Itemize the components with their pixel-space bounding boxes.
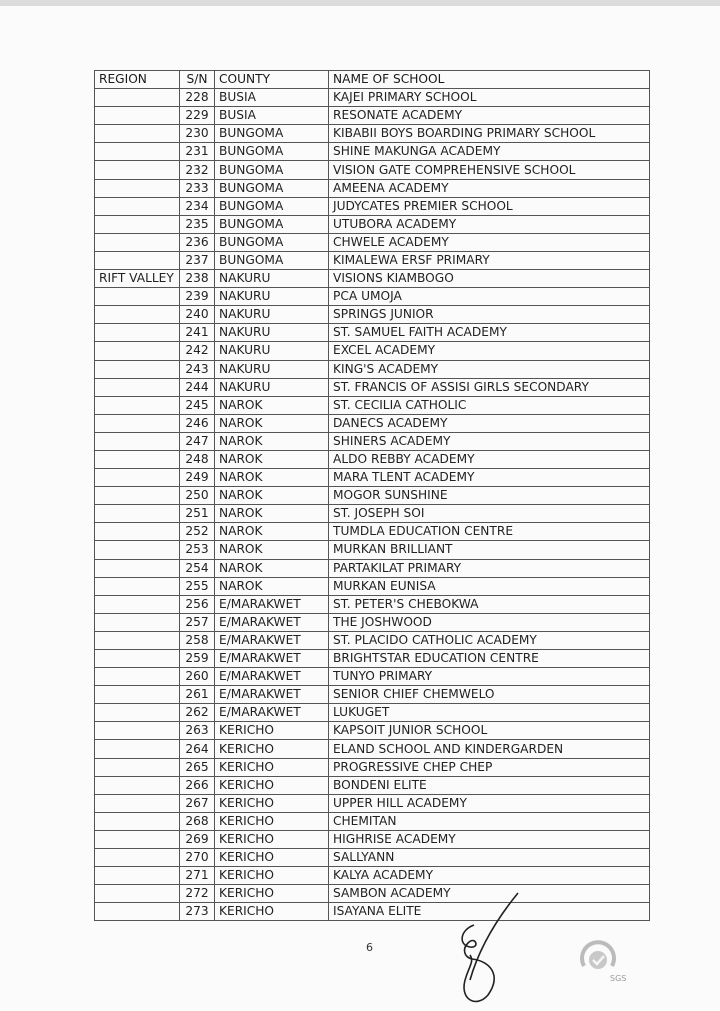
county-cell: E/MARAKWET xyxy=(215,704,329,722)
sn-cell: 254 xyxy=(180,559,215,577)
table-row: 267KERICHOUPPER HILL ACADEMY xyxy=(95,794,650,812)
table-row: 265KERICHOPROGRESSIVE CHEP CHEP xyxy=(95,758,650,776)
sn-cell: 238 xyxy=(180,270,215,288)
table-row: 241NAKURUST. SAMUEL FAITH ACADEMY xyxy=(95,324,650,342)
school-name-cell: KAJEI PRIMARY SCHOOL xyxy=(329,89,650,107)
region-cell xyxy=(95,487,180,505)
sn-cell: 249 xyxy=(180,469,215,487)
county-cell: NAROK xyxy=(215,396,329,414)
school-name-cell: SHINERS ACADEMY xyxy=(329,432,650,450)
sn-cell: 268 xyxy=(180,812,215,830)
school-name-cell: UPPER HILL ACADEMY xyxy=(329,794,650,812)
county-cell: KERICHO xyxy=(215,740,329,758)
region-cell xyxy=(95,523,180,541)
county-cell: KERICHO xyxy=(215,794,329,812)
region-cell xyxy=(95,794,180,812)
county-cell: KERICHO xyxy=(215,867,329,885)
region-cell xyxy=(95,125,180,143)
sn-cell: 247 xyxy=(180,432,215,450)
region-cell xyxy=(95,704,180,722)
region-cell xyxy=(95,812,180,830)
county-cell: BUNGOMA xyxy=(215,179,329,197)
school-name-cell: SHINE MAKUNGA ACADEMY xyxy=(329,143,650,161)
school-name-cell: TUNYO PRIMARY xyxy=(329,668,650,686)
region-cell xyxy=(95,324,180,342)
county-cell: NAROK xyxy=(215,414,329,432)
school-name-cell: ST. JOSEPH SOI xyxy=(329,505,650,523)
sn-cell: 260 xyxy=(180,668,215,686)
table-row: 262E/MARAKWETLUKUGET xyxy=(95,704,650,722)
header-sn: S/N xyxy=(180,71,215,89)
table-row: 229BUSIARESONATE ACADEMY xyxy=(95,107,650,125)
sn-cell: 259 xyxy=(180,650,215,668)
school-name-cell: ST. SAMUEL FAITH ACADEMY xyxy=(329,324,650,342)
county-cell: E/MARAKWET xyxy=(215,595,329,613)
county-cell: NAROK xyxy=(215,469,329,487)
county-cell: BUNGOMA xyxy=(215,251,329,269)
region-cell xyxy=(95,722,180,740)
sn-cell: 246 xyxy=(180,414,215,432)
region-cell xyxy=(95,613,180,631)
sn-cell: 273 xyxy=(180,903,215,921)
county-cell: BUNGOMA xyxy=(215,125,329,143)
sn-cell: 257 xyxy=(180,613,215,631)
region-cell xyxy=(95,668,180,686)
table-row: 250NAROKMOGOR SUNSHINE xyxy=(95,487,650,505)
school-name-cell: ST. CECILIA CATHOLIC xyxy=(329,396,650,414)
school-name-cell: BONDENI ELITE xyxy=(329,776,650,794)
school-name-cell: PROGRESSIVE CHEP CHEP xyxy=(329,758,650,776)
region-cell xyxy=(95,251,180,269)
school-name-cell: TUMDLA EDUCATION CENTRE xyxy=(329,523,650,541)
region-cell xyxy=(95,288,180,306)
table-row: 266KERICHOBONDENI ELITE xyxy=(95,776,650,794)
school-name-cell: MARA TLENT ACADEMY xyxy=(329,469,650,487)
school-name-cell: MURKAN BRILLIANT xyxy=(329,541,650,559)
stamp-label: SGS xyxy=(610,974,626,983)
region-cell xyxy=(95,414,180,432)
school-name-cell: BRIGHTSTAR EDUCATION CENTRE xyxy=(329,650,650,668)
header-school-name: NAME OF SCHOOL xyxy=(329,71,650,89)
region-cell xyxy=(95,396,180,414)
county-cell: NAROK xyxy=(215,450,329,468)
region-cell xyxy=(95,541,180,559)
sn-cell: 251 xyxy=(180,505,215,523)
region-cell xyxy=(95,885,180,903)
school-name-cell: VISIONS KIAMBOGO xyxy=(329,270,650,288)
region-cell xyxy=(95,903,180,921)
county-cell: NAKURU xyxy=(215,306,329,324)
table-row: 249NAROKMARA TLENT ACADEMY xyxy=(95,469,650,487)
signature-icon xyxy=(440,885,530,1005)
region-cell xyxy=(95,233,180,251)
county-cell: KERICHO xyxy=(215,849,329,867)
sn-cell: 229 xyxy=(180,107,215,125)
school-name-cell: LUKUGET xyxy=(329,704,650,722)
county-cell: KERICHO xyxy=(215,903,329,921)
table-row: 231BUNGOMASHINE MAKUNGA ACADEMY xyxy=(95,143,650,161)
region-cell xyxy=(95,378,180,396)
region-cell xyxy=(95,650,180,668)
sn-cell: 236 xyxy=(180,233,215,251)
school-name-cell: KIBABII BOYS BOARDING PRIMARY SCHOOL xyxy=(329,125,650,143)
sn-cell: 262 xyxy=(180,704,215,722)
sn-cell: 266 xyxy=(180,776,215,794)
table-row: 268KERICHOCHEMITAN xyxy=(95,812,650,830)
county-cell: NAROK xyxy=(215,577,329,595)
region-cell: RIFT VALLEY xyxy=(95,270,180,288)
school-name-cell: ELAND SCHOOL AND KINDERGARDEN xyxy=(329,740,650,758)
sn-cell: 261 xyxy=(180,686,215,704)
table-header-row: REGION S/N COUNTY NAME OF SCHOOL xyxy=(95,71,650,89)
schools-table: REGION S/N COUNTY NAME OF SCHOOL 228BUSI… xyxy=(94,70,650,921)
table-row: 245NAROKST. CECILIA CATHOLIC xyxy=(95,396,650,414)
county-cell: NAKURU xyxy=(215,378,329,396)
table-row: 248NAROKALDO REBBY ACADEMY xyxy=(95,450,650,468)
table-row: 258E/MARAKWETST. PLACIDO CATHOLIC ACADEM… xyxy=(95,631,650,649)
sn-cell: 231 xyxy=(180,143,215,161)
sn-cell: 230 xyxy=(180,125,215,143)
table-row: 243NAKURUKING'S ACADEMY xyxy=(95,360,650,378)
header-county: COUNTY xyxy=(215,71,329,89)
region-cell xyxy=(95,179,180,197)
sn-cell: 244 xyxy=(180,378,215,396)
table-row: 256E/MARAKWETST. PETER'S CHEBOKWA xyxy=(95,595,650,613)
county-cell: E/MARAKWET xyxy=(215,668,329,686)
county-cell: KERICHO xyxy=(215,885,329,903)
sn-cell: 263 xyxy=(180,722,215,740)
sn-cell: 267 xyxy=(180,794,215,812)
table-row: 253NAROKMURKAN BRILLIANT xyxy=(95,541,650,559)
table-row: 270KERICHOSALLYANN xyxy=(95,849,650,867)
region-cell xyxy=(95,595,180,613)
page-number: 6 xyxy=(366,941,373,954)
region-cell xyxy=(95,740,180,758)
region-cell xyxy=(95,776,180,794)
table-row: 234BUNGOMAJUDYCATES PREMIER SCHOOL xyxy=(95,197,650,215)
school-name-cell: DANECS ACADEMY xyxy=(329,414,650,432)
school-name-cell: MOGOR SUNSHINE xyxy=(329,487,650,505)
region-cell xyxy=(95,197,180,215)
sn-cell: 240 xyxy=(180,306,215,324)
school-name-cell: ST. PLACIDO CATHOLIC ACADEMY xyxy=(329,631,650,649)
county-cell: NAKURU xyxy=(215,360,329,378)
table-row: 269KERICHOHIGHRISE ACADEMY xyxy=(95,830,650,848)
county-cell: NAROK xyxy=(215,523,329,541)
table-row: 230BUNGOMAKIBABII BOYS BOARDING PRIMARY … xyxy=(95,125,650,143)
school-name-cell: KAPSOIT JUNIOR SCHOOL xyxy=(329,722,650,740)
sn-cell: 252 xyxy=(180,523,215,541)
county-cell: KERICHO xyxy=(215,722,329,740)
county-cell: E/MARAKWET xyxy=(215,613,329,631)
county-cell: E/MARAKWET xyxy=(215,650,329,668)
county-cell: E/MARAKWET xyxy=(215,631,329,649)
region-cell xyxy=(95,432,180,450)
table-row: 228BUSIAKAJEI PRIMARY SCHOOL xyxy=(95,89,650,107)
table-row: 242NAKURUEXCEL ACADEMY xyxy=(95,342,650,360)
region-cell xyxy=(95,849,180,867)
region-cell xyxy=(95,758,180,776)
table-row: 236BUNGOMACHWELE ACADEMY xyxy=(95,233,650,251)
table-row: 255NAROKMURKAN EUNISA xyxy=(95,577,650,595)
sn-cell: 253 xyxy=(180,541,215,559)
school-name-cell: ALDO REBBY ACADEMY xyxy=(329,450,650,468)
school-name-cell: VISION GATE COMPREHENSIVE SCHOOL xyxy=(329,161,650,179)
county-cell: KERICHO xyxy=(215,776,329,794)
table-row: 259E/MARAKWETBRIGHTSTAR EDUCATION CENTRE xyxy=(95,650,650,668)
sn-cell: 242 xyxy=(180,342,215,360)
county-cell: BUSIA xyxy=(215,107,329,125)
sn-cell: 233 xyxy=(180,179,215,197)
school-name-cell: ST. FRANCIS OF ASSISI GIRLS SECONDARY xyxy=(329,378,650,396)
sn-cell: 241 xyxy=(180,324,215,342)
table-row: 251NAROKST. JOSEPH SOI xyxy=(95,505,650,523)
school-name-cell: KIMALEWA ERSF PRIMARY xyxy=(329,251,650,269)
county-cell: BUNGOMA xyxy=(215,197,329,215)
sn-cell: 243 xyxy=(180,360,215,378)
sn-cell: 245 xyxy=(180,396,215,414)
region-cell xyxy=(95,830,180,848)
county-cell: NAROK xyxy=(215,541,329,559)
region-cell xyxy=(95,360,180,378)
school-name-cell: EXCEL ACADEMY xyxy=(329,342,650,360)
sn-cell: 248 xyxy=(180,450,215,468)
region-cell xyxy=(95,107,180,125)
sn-cell: 256 xyxy=(180,595,215,613)
county-cell: NAROK xyxy=(215,505,329,523)
table-row: 273KERICHOISAYANA ELITE xyxy=(95,903,650,921)
table-row: 264KERICHOELAND SCHOOL AND KINDERGARDEN xyxy=(95,740,650,758)
sn-cell: 235 xyxy=(180,215,215,233)
table-row: 260E/MARAKWETTUNYO PRIMARY xyxy=(95,668,650,686)
school-name-cell: CHEMITAN xyxy=(329,812,650,830)
county-cell: E/MARAKWET xyxy=(215,686,329,704)
county-cell: BUNGOMA xyxy=(215,161,329,179)
county-cell: KERICHO xyxy=(215,812,329,830)
sn-cell: 272 xyxy=(180,885,215,903)
table-row: 239NAKURUPCA UMOJA xyxy=(95,288,650,306)
county-cell: KERICHO xyxy=(215,758,329,776)
sn-cell: 269 xyxy=(180,830,215,848)
school-name-cell: MURKAN EUNISA xyxy=(329,577,650,595)
table-row: 252NAROKTUMDLA EDUCATION CENTRE xyxy=(95,523,650,541)
sn-cell: 250 xyxy=(180,487,215,505)
sn-cell: 232 xyxy=(180,161,215,179)
county-cell: NAKURU xyxy=(215,270,329,288)
sn-cell: 271 xyxy=(180,867,215,885)
table-row: 263KERICHOKAPSOIT JUNIOR SCHOOL xyxy=(95,722,650,740)
region-cell xyxy=(95,867,180,885)
table-row: 237BUNGOMAKIMALEWA ERSF PRIMARY xyxy=(95,251,650,269)
county-cell: NAKURU xyxy=(215,288,329,306)
sn-cell: 239 xyxy=(180,288,215,306)
county-cell: NAROK xyxy=(215,559,329,577)
table-row: 272KERICHOSAMBON ACADEMY xyxy=(95,885,650,903)
county-cell: NAROK xyxy=(215,432,329,450)
school-name-cell: JUDYCATES PREMIER SCHOOL xyxy=(329,197,650,215)
table-row: 244NAKURUST. FRANCIS OF ASSISI GIRLS SEC… xyxy=(95,378,650,396)
region-cell xyxy=(95,143,180,161)
table-body: 228BUSIAKAJEI PRIMARY SCHOOL229BUSIARESO… xyxy=(95,89,650,921)
county-cell: BUNGOMA xyxy=(215,143,329,161)
table-row: 240NAKURUSPRINGS JUNIOR xyxy=(95,306,650,324)
county-cell: NAKURU xyxy=(215,324,329,342)
county-cell: BUNGOMA xyxy=(215,233,329,251)
table-row: 271KERICHOKALYA ACADEMY xyxy=(95,867,650,885)
school-name-cell: SALLYANN xyxy=(329,849,650,867)
school-name-cell: SENIOR CHIEF CHEMWELO xyxy=(329,686,650,704)
sn-cell: 258 xyxy=(180,631,215,649)
region-cell xyxy=(95,306,180,324)
region-cell xyxy=(95,450,180,468)
table-row: 247NAROKSHINERS ACADEMY xyxy=(95,432,650,450)
region-cell xyxy=(95,505,180,523)
table-row: 254NAROKPARTAKILAT PRIMARY xyxy=(95,559,650,577)
school-name-cell: PCA UMOJA xyxy=(329,288,650,306)
school-name-cell: CHWELE ACADEMY xyxy=(329,233,650,251)
sn-cell: 265 xyxy=(180,758,215,776)
county-cell: KERICHO xyxy=(215,830,329,848)
school-name-cell: HIGHRISE ACADEMY xyxy=(329,830,650,848)
school-name-cell: RESONATE ACADEMY xyxy=(329,107,650,125)
region-cell xyxy=(95,89,180,107)
table-row: 233BUNGOMAAMEENA ACADEMY xyxy=(95,179,650,197)
sn-cell: 270 xyxy=(180,849,215,867)
region-cell xyxy=(95,215,180,233)
region-cell xyxy=(95,469,180,487)
school-name-cell: KING'S ACADEMY xyxy=(329,360,650,378)
county-cell: BUNGOMA xyxy=(215,215,329,233)
school-name-cell: AMEENA ACADEMY xyxy=(329,179,650,197)
table-row: 257E/MARAKWETTHE JOSHWOOD xyxy=(95,613,650,631)
region-cell xyxy=(95,161,180,179)
table-row: RIFT VALLEY238NAKURUVISIONS KIAMBOGO xyxy=(95,270,650,288)
county-cell: NAROK xyxy=(215,487,329,505)
school-name-cell: SPRINGS JUNIOR xyxy=(329,306,650,324)
table-row: 246NAROKDANECS ACADEMY xyxy=(95,414,650,432)
region-cell xyxy=(95,559,180,577)
school-name-cell: PARTAKILAT PRIMARY xyxy=(329,559,650,577)
table-row: 232BUNGOMAVISION GATE COMPREHENSIVE SCHO… xyxy=(95,161,650,179)
school-name-cell: KALYA ACADEMY xyxy=(329,867,650,885)
sn-cell: 264 xyxy=(180,740,215,758)
region-cell xyxy=(95,577,180,595)
region-cell xyxy=(95,686,180,704)
county-cell: BUSIA xyxy=(215,89,329,107)
sn-cell: 234 xyxy=(180,197,215,215)
table-row: 261E/MARAKWETSENIOR CHIEF CHEMWELO xyxy=(95,686,650,704)
school-name-cell: ST. PETER'S CHEBOKWA xyxy=(329,595,650,613)
sn-cell: 228 xyxy=(180,89,215,107)
region-cell xyxy=(95,631,180,649)
sn-cell: 237 xyxy=(180,251,215,269)
header-region: REGION xyxy=(95,71,180,89)
sn-cell: 255 xyxy=(180,577,215,595)
county-cell: NAKURU xyxy=(215,342,329,360)
certification-stamp-icon xyxy=(578,938,618,978)
school-name-cell: UTUBORA ACADEMY xyxy=(329,215,650,233)
region-cell xyxy=(95,342,180,360)
school-name-cell: THE JOSHWOOD xyxy=(329,613,650,631)
table-row: 235BUNGOMAUTUBORA ACADEMY xyxy=(95,215,650,233)
